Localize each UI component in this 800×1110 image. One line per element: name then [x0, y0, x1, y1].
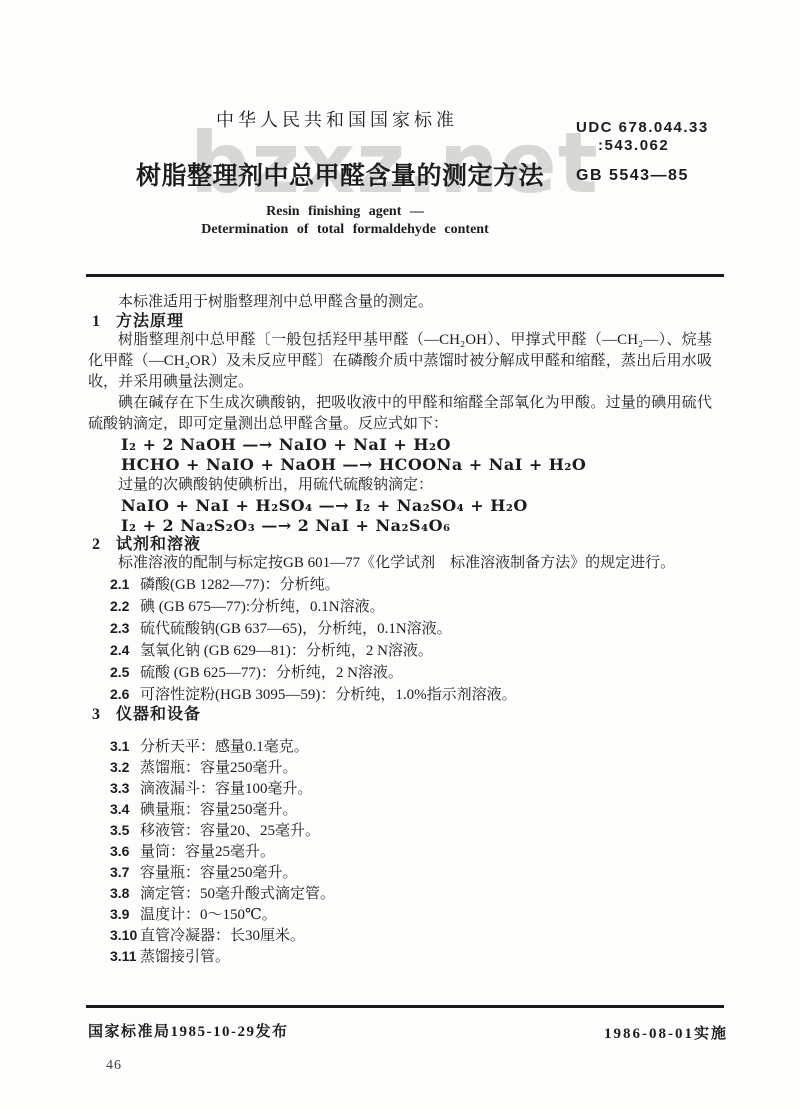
method-paragraph-3: 过量的次碘酸钠使碘析出，用硫代硫酸钠滴定： [88, 475, 712, 496]
item-number: 3.9 [110, 904, 140, 924]
reaction-equation-3: NaIO + NaI + H₂SO₄ —→ I₂ + Na₂SO₄ + H₂O [88, 496, 712, 516]
section-number: 2 [92, 536, 100, 553]
item-text: 移液管：容量20、25毫升。 [140, 823, 320, 839]
item-number: 3.5 [110, 820, 140, 840]
equipment-item: 3.2蒸馏瓶：容量250毫升。 [88, 757, 712, 778]
section-title: 方法原理 [116, 313, 184, 330]
item-number: 3.2 [110, 757, 140, 777]
reagent-list: 2.1磷酸(GB 1282—77)：分析纯。 2.2碘 (GB 675—77):… [88, 574, 712, 706]
equipment-item: 3.9温度计：0～150℃。 [88, 904, 712, 925]
equipment-item: 3.1分析天平：感量0.1毫克。 [88, 736, 712, 757]
item-text: 碘 (GB 675—77):分析纯，0.1N溶液。 [140, 599, 385, 615]
equipment-item: 3.3滴液漏斗：容量100毫升。 [88, 778, 712, 799]
english-title-line2: Determination of total formaldehyde cont… [110, 221, 580, 239]
reaction-equation-2: HCHO + NaIO + NaOH —→ HCOONa + NaI + H₂O [88, 455, 712, 475]
section-heading-equipment: 3仪器和设备 [88, 706, 712, 723]
item-number: 2.3 [110, 618, 140, 639]
item-text: 可溶性淀粉(HGB 3095—59)：分析纯，1.0%指示剂溶液。 [140, 687, 517, 703]
equipment-item: 3.8滴定管：50毫升酸式滴定管。 [88, 883, 712, 904]
item-number: 3.8 [110, 883, 140, 903]
section-number: 1 [92, 313, 100, 330]
reagent-item: 2.4氢氧化钠 (GB 629—81)：分析纯，2 N溶液。 [88, 640, 712, 662]
item-text: 氢氧化钠 (GB 629—81)：分析纯，2 N溶液。 [140, 643, 433, 659]
header-rule [86, 274, 724, 277]
footer-rule [86, 1005, 724, 1008]
item-number: 2.1 [110, 574, 140, 595]
item-number: 2.4 [110, 640, 140, 661]
reagent-item: 2.1磷酸(GB 1282—77)：分析纯。 [88, 574, 712, 596]
equipment-list: 3.1分析天平：感量0.1毫克。 3.2蒸馏瓶：容量250毫升。 3.3滴液漏斗… [88, 736, 712, 967]
document-title: 树脂整理剂中总甲醛含量的测定方法 [136, 156, 544, 192]
item-text: 滴液漏斗：容量100毫升。 [140, 781, 313, 797]
item-number: 3.6 [110, 841, 140, 861]
item-number: 3.3 [110, 778, 140, 798]
standard-code: GB 5543—85 [576, 167, 689, 185]
equipment-item: 3.5移液管：容量20、25毫升。 [88, 820, 712, 841]
reagents-intro: 标准溶液的配制与标定按GB 601—77《化学试剂 标准溶液制备方法》的规定进行… [88, 553, 712, 574]
item-text: 蒸馏接引管。 [140, 949, 230, 965]
equipment-item: 3.7容量瓶：容量250毫升。 [88, 862, 712, 883]
udc-number: UDC 678.044.33 :543.062 [576, 119, 709, 155]
item-text: 量筒：容量25毫升。 [140, 844, 275, 860]
reagent-item: 2.5硫酸 (GB 625—77)：分析纯，2 N溶液。 [88, 662, 712, 684]
section-title: 试剂和溶液 [116, 536, 201, 553]
udc-line2: :543.062 [576, 137, 709, 155]
scope-paragraph: 本标准适用于树脂整理剂中总甲醛含量的测定。 [88, 284, 712, 313]
reaction-equation-4: I₂ + 2 Na₂S₂O₃ —→ 2 NaI + Na₂S₄O₆ [88, 516, 712, 536]
item-number: 3.10 [110, 925, 140, 945]
item-number: 3.4 [110, 799, 140, 819]
reagent-item: 2.6可溶性淀粉(HGB 3095—59)：分析纯，1.0%指示剂溶液。 [88, 684, 712, 706]
scanned-standard-page: bzxz.net 中华人民共和国国家标准 UDC 678.044.33 :543… [0, 0, 800, 1110]
reaction-equation-1: I₂ + 2 NaOH —→ NaIO + NaI + H₂O [88, 435, 712, 455]
method-paragraph-1: 树脂整理剂中总甲醛〔一般包括羟甲基甲醛（—CH₂OH）、甲撑式甲醛（—CH₂—）… [88, 330, 712, 393]
page-number: 46 [106, 1058, 122, 1074]
equipment-item: 3.11蒸馏接引管。 [88, 946, 712, 967]
document-body: 本标准适用于树脂整理剂中总甲醛含量的测定。 1方法原理 树脂整理剂中总甲醛〔一般… [88, 284, 712, 967]
standard-label: 中华人民共和国国家标准 [216, 106, 458, 132]
equipment-item: 3.4碘量瓶：容量250毫升。 [88, 799, 712, 820]
item-number: 3.1 [110, 736, 140, 756]
udc-line1: UDC 678.044.33 [576, 119, 709, 137]
section-number: 3 [92, 706, 100, 723]
item-text: 蒸馏瓶：容量250毫升。 [140, 760, 298, 776]
item-number: 2.6 [110, 684, 140, 705]
item-text: 容量瓶：容量250毫升。 [140, 865, 298, 881]
footer-issued-date: 国家标准局1985-10-29发布 [88, 1020, 289, 1041]
english-title: Resin finishing agent — Determination of… [110, 203, 580, 239]
section-heading-reagents: 2试剂和溶液 [88, 536, 712, 553]
section-title: 仪器和设备 [116, 706, 201, 723]
item-number: 2.5 [110, 662, 140, 683]
item-number: 2.2 [110, 596, 140, 617]
reagent-item: 2.3硫代硫酸钠(GB 637—65)，分析纯，0.1N溶液。 [88, 618, 712, 640]
footer-effective-date: 1986-08-01实施 [604, 1022, 728, 1043]
equipment-item: 3.6量筒：容量25毫升。 [88, 841, 712, 862]
method-paragraph-2: 碘在碱存在下生成次碘酸钠，把吸收液中的甲醛和缩醛全部氧化为甲酸。过量的碘用硫代硫… [88, 393, 712, 435]
equipment-item: 3.10直管冷凝器：长30厘米。 [88, 925, 712, 946]
english-title-line1: Resin finishing agent — [110, 203, 580, 221]
reagent-item: 2.2碘 (GB 675—77):分析纯，0.1N溶液。 [88, 596, 712, 618]
item-text: 硫酸 (GB 625—77)：分析纯，2 N溶液。 [140, 665, 403, 681]
item-text: 碘量瓶：容量250毫升。 [140, 802, 298, 818]
item-text: 硫代硫酸钠(GB 637—65)，分析纯，0.1N溶液。 [140, 621, 452, 637]
item-text: 直管冷凝器：长30厘米。 [140, 928, 305, 944]
item-text: 磷酸(GB 1282—77)：分析纯。 [140, 577, 340, 593]
item-text: 滴定管：50毫升酸式滴定管。 [140, 886, 335, 902]
item-text: 温度计：0～150℃。 [140, 907, 277, 923]
item-text: 分析天平：感量0.1毫克。 [140, 739, 309, 755]
item-number: 3.11 [110, 946, 140, 966]
item-number: 3.7 [110, 862, 140, 882]
section-heading-method: 1方法原理 [88, 313, 712, 330]
